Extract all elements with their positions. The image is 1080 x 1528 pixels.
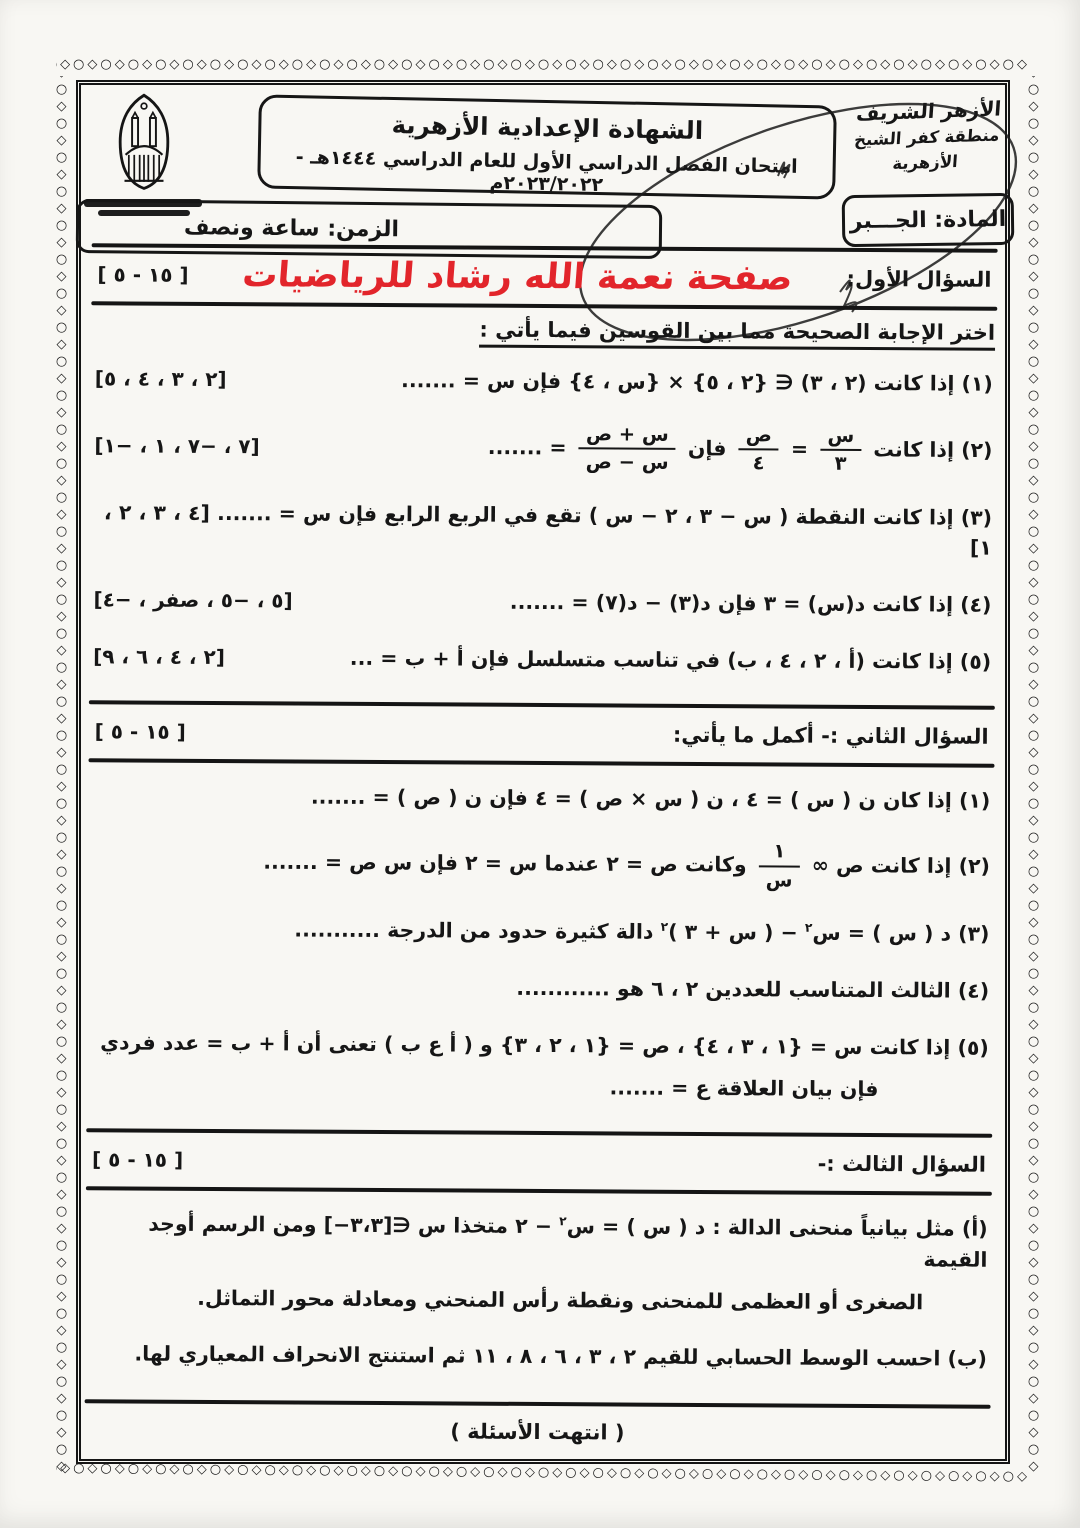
subject-box: المادة: الجـــبر	[842, 193, 1015, 247]
question-text: فإن بيان العلاقة ع = .......	[90, 1070, 988, 1106]
fraction: س٣	[820, 424, 861, 475]
question-text: (١) إذا كان ن ( س ) = ٤ ، ن ( س × ص ) = …	[92, 780, 990, 816]
exponent: ٢	[559, 1214, 567, 1228]
question-item: (١) إذا كان ن ( س ) = ٤ ، ن ( س × ص ) = …	[92, 780, 990, 816]
section2-title: السؤال الثاني :- أكمل ما يأتي:	[673, 722, 989, 748]
question-item: (٣) د ( س ) = س٢ − ( س + ٣ )٢ دالة كثيرة…	[91, 913, 989, 949]
exam-title-box: الشهادة الإعدادية الأزهرية امتحان الفصل …	[257, 94, 837, 199]
question-item: (٤) الثالث المتناسب للعددين ٢ ، ٦ هو ...…	[91, 970, 989, 1006]
exponent: ٢	[805, 921, 813, 935]
question-item: (٥) إذا كانت (أ ، ٢ ، ٤ ، ب) في تناسب مت…	[93, 641, 991, 677]
question-text: (٥) إذا كانت س = {١ ، ٣ ، ٤} ، ص = {١ ، …	[91, 1027, 989, 1063]
question-item: (٣) إذا كانت النقطة ( س − ٣ ، ٢ − س ) تق…	[94, 497, 992, 564]
exam-title: الشهادة الإعدادية الأزهرية	[261, 108, 833, 148]
answer-options: [٢ ، ٤ ، ٦ ، ٩]	[93, 641, 251, 672]
question-text: (٣) إذا كانت النقطة ( س − ٣ ، ٢ − س ) تق…	[94, 497, 992, 564]
section1-marks: [ ١٥ - ٥ ]	[97, 262, 188, 287]
section2-items: (١) إذا كان ن ( س ) = ٤ ، ن ( س × ص ) = …	[86, 780, 994, 1106]
question-text: (٢) إذا كانت ص ∞ ١س وكانت ص = ٢ عندما س …	[92, 837, 990, 893]
answer-options: [٧ ، −٧ ، ١ ، −١]	[94, 430, 285, 461]
question-item: الصغرى أو العظمى للمنحنى ونقطة رأس المنح…	[89, 1282, 987, 1318]
fraction: ١س	[759, 841, 800, 892]
question-text: (٤) الثالث المتناسب للعددين ٢ ، ٦ هو ...…	[91, 970, 989, 1006]
org-line2: منطقة كفر الشيخ الأزهرية	[833, 123, 1018, 179]
question-text: (٢) إذا كانت س٣ = ص٤ فإن س + صس − ص = ..…	[286, 421, 993, 476]
question-item: (١) إذا كانت (٢ ، ٣) ∋ {٢ ، ٥} × {س ، ٤}…	[95, 363, 993, 399]
question-text: (أ) مثل بيانياً منحنى الدالة : د ( س ) =…	[89, 1208, 987, 1275]
exam-body: السؤال الأول: صفحة نعمة الله رشاد للرياض…	[84, 243, 997, 1447]
section3-marks: [ ١٥ - ٥ ]	[92, 1147, 183, 1172]
exponent: ٢	[661, 920, 669, 934]
question-text: الصغرى أو العظمى للمنحنى ونقطة رأس المنح…	[89, 1282, 987, 1318]
section1-instruction: اختر الإجابة الصحيحة مما بين القوسين فيم…	[479, 318, 995, 351]
answer-options: [٥ ، −٥ ، صفر ، −٤]	[93, 585, 318, 616]
ornamental-border-top: ◇○◇○◇○◇○◇○◇○◇○◇○◇○◇○◇○◇○◇○◇○◇○◇○◇○◇○◇○◇○…	[56, 58, 1030, 76]
ornamental-border-right: ◇○◇○◇○◇○◇○◇○◇○◇○◇○◇○◇○◇○◇○◇○◇○◇○◇○◇○◇○◇○…	[1022, 76, 1040, 1476]
fraction: س + صس − ص	[579, 423, 676, 474]
watermark-text: صفحة نعمة الله رشاد للرياضيات	[187, 255, 848, 299]
question-text: (٣) د ( س ) = س٢ − ( س + ٣ )٢ دالة كثيرة…	[91, 913, 989, 949]
question-item: (ب) احسب الوسط الحسابي للقيم ٢ ، ٣ ، ٦ ،…	[89, 1338, 987, 1374]
scanned-exam-page: ◇○◇○◇○◇○◇○◇○◇○◇○◇○◇○◇○◇○◇○◇○◇○◇○◇○◇○◇○◇○…	[0, 0, 1080, 1528]
question-text: (١) إذا كانت (٢ ، ٣) ∋ {٢ ، ٥} × {س ، ٤}…	[252, 364, 992, 399]
fraction: ص٤	[738, 424, 779, 475]
section3-items: (أ) مثل بيانياً منحنى الدالة : د ( س ) =…	[85, 1208, 992, 1375]
time-label: الزمن: ساعة ونصف	[164, 214, 659, 244]
answer-options: [٢ ، ٣ ، ٤ ، ٥]	[95, 364, 253, 395]
math-symbol: [−٣،٣]∋	[324, 1213, 411, 1238]
section1-title: السؤال الأول:	[847, 267, 992, 292]
math-symbol: ∋	[775, 370, 794, 394]
divider	[85, 1399, 991, 1409]
section2-marks: [ ١٥ - ٥ ]	[95, 719, 186, 744]
question-text: (٥) إذا كانت (أ ، ٢ ، ٤ ، ب) في تناسب مت…	[251, 642, 991, 677]
subject-label: المادة: الجـــبر	[850, 206, 1007, 233]
ornamental-border-bottom: ◇○◇○◇○◇○◇○◇○◇○◇○◇○◇○◇○◇○◇○◇○◇○◇○◇○◇○◇○◇○…	[56, 1462, 1030, 1488]
question-item: (٢) إذا كانت س٣ = ص٤ فإن س + صس − ص = ..…	[94, 420, 992, 476]
organization-name: الأزهر الشريف منطقة كفر الشيخ الأزهرية	[833, 93, 1020, 179]
question-text: (٤) إذا كانت د(س) = ٣ فإن د(٣) − د(٧) = …	[319, 586, 992, 621]
question-item: (٥) إذا كانت س = {١ ، ٣ ، ٤} ، ص = {١ ، …	[91, 1027, 989, 1063]
section3-title: السؤال الثالث :-	[818, 1152, 987, 1177]
question-text: (ب) احسب الوسط الحسابي للقيم ٢ ، ٣ ، ٦ ،…	[89, 1338, 987, 1374]
ornamental-border-left: ◇○◇○◇○◇○◇○◇○◇○◇○◇○◇○◇○◇○◇○◇○◇○◇○◇○◇○◇○◇○…	[50, 76, 68, 1476]
question-item: (أ) مثل بيانياً منحنى الدالة : د ( س ) =…	[89, 1208, 987, 1275]
question-item: (٢) إذا كانت ص ∞ ١س وكانت ص = ٢ عندما س …	[92, 837, 990, 893]
section1-items: (١) إذا كانت (٢ ، ٣) ∋ {٢ ، ٥} × {س ، ٤}…	[89, 363, 997, 677]
question-item: (٤) إذا كانت د(س) = ٣ فإن د(٣) − د(٧) = …	[93, 584, 991, 620]
question-item: فإن بيان العلاقة ع = .......	[90, 1070, 988, 1106]
